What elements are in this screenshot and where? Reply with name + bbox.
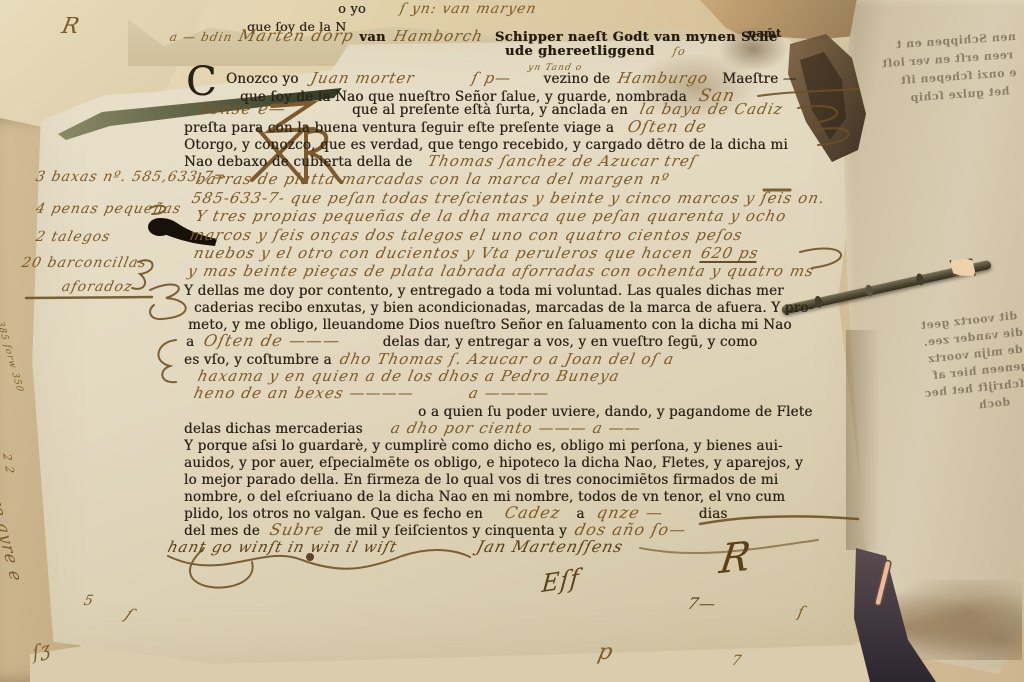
handwritten-text: p — [596, 642, 616, 664]
scribble: 2 2 — [0, 452, 19, 475]
scribble: ſ — [124, 606, 135, 623]
scribble: p — [598, 642, 613, 664]
handwritten-text: 5 — [83, 594, 96, 608]
handwritten-text: 2 2 — [1, 453, 16, 474]
handwritten-text: ſʒ — [32, 640, 52, 664]
handwritten-text: 7 — [731, 654, 744, 668]
stage-scribbles: Rſoui mre ayre e2 2385 ſorw 3505ſEſf7—Rp… — [0, 0, 1024, 682]
handwritten-text: Eſf — [541, 566, 581, 597]
scribble: 385 ſorw 350 — [0, 318, 30, 394]
scribble: ſʒ — [30, 640, 54, 663]
handwritten-text: R — [717, 536, 754, 580]
handwritten-text: ſ — [796, 605, 806, 620]
scribble: R — [718, 537, 753, 580]
photo-of-historical-documents: o yoſ yn: van maryenque ſoy de la Na — b… — [0, 0, 1024, 682]
handwritten-text: ſ — [122, 606, 136, 622]
scribble: 7 — [732, 652, 742, 668]
scribble: 7— — [688, 596, 716, 612]
scribble: 5 — [84, 592, 94, 608]
handwritten-text: 7— — [686, 596, 718, 612]
handwritten-text: 385 ſorw 350 — [0, 321, 24, 393]
handwritten-text: R — [60, 16, 82, 38]
scribble: R — [62, 16, 80, 38]
scribble: Eſf — [540, 566, 582, 596]
scribble: ſ — [798, 604, 805, 620]
